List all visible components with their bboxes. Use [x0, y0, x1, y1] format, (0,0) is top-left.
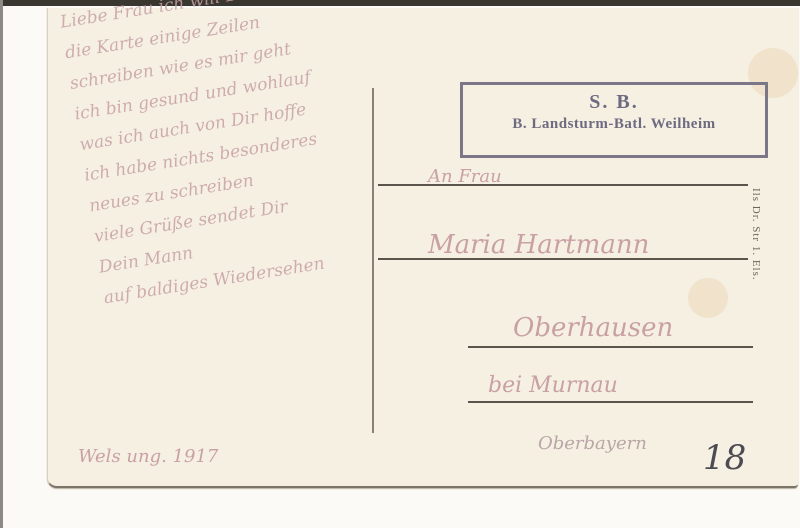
- address-line-4: bei Murnau: [488, 373, 618, 398]
- postcard: Liebe Frau ich will Dir auf die Karte ei…: [47, 8, 798, 488]
- pencil-number: 18: [703, 438, 746, 478]
- footer-note: Wels ung. 1917: [78, 446, 218, 467]
- handwritten-message: Liebe Frau ich will Dir auf die Karte ei…: [58, 0, 413, 314]
- address-rule: [468, 401, 753, 403]
- address-line-2: Maria Hartmann: [428, 230, 649, 260]
- stamp-line-2: B. Landsturm-Batl. Weilheim: [463, 116, 765, 133]
- address-rule: [468, 346, 753, 348]
- address-rule: [378, 184, 748, 186]
- stain: [688, 278, 728, 318]
- address-line-3: Oberhausen: [513, 313, 673, 343]
- scan-left-edge: [0, 0, 3, 528]
- printer-imprint: Ils Dr. Str 1. Els.: [750, 188, 762, 281]
- military-stamp: S. B. B. Landsturm-Batl. Weilheim: [460, 82, 768, 158]
- address-rule: [378, 258, 748, 260]
- address-line-5: Oberbayern: [538, 433, 647, 454]
- center-divider: [372, 88, 374, 433]
- stamp-line-1: S. B.: [463, 91, 765, 114]
